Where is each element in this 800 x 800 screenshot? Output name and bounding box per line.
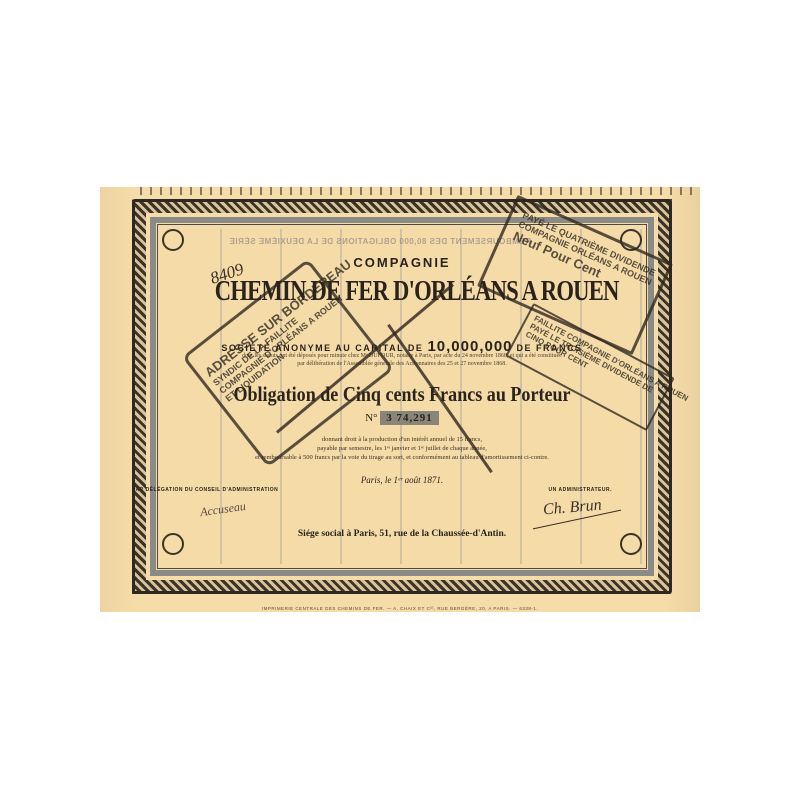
delegation-label: PAR DÉLÉGATION DU CONSEIL D'ADMINISTRATI…: [132, 487, 278, 493]
bond-number: 3 74,291: [380, 411, 439, 425]
bond-certificate: REMBOURSEMENT DES 80,000 OBLIGATIONS DE …: [100, 187, 700, 612]
printer-imprint: IMPRIMERIE CENTRALE DES CHEMINS DE FER. …: [250, 606, 550, 611]
registered-office: Siége social à Paris, 51, rue de la Chau…: [162, 529, 642, 539]
terms-line: et remboursable à 500 francs par la voie…: [182, 453, 622, 462]
number-label: N°: [365, 412, 377, 424]
terms-line: payable par semestre, les 1ᵉʳ janvier et…: [182, 444, 622, 453]
administrator-label: UN ADMINISTRATEUR.: [549, 487, 612, 493]
corner-flourish-icon: [162, 229, 184, 251]
top-ornament-strip: [140, 187, 700, 195]
amortization-table-header: REMBOURSEMENT DES 80,000 OBLIGATIONS DE …: [220, 237, 540, 246]
issue-date: Paris, le 1ᵉʳ août 1871.: [162, 475, 642, 485]
